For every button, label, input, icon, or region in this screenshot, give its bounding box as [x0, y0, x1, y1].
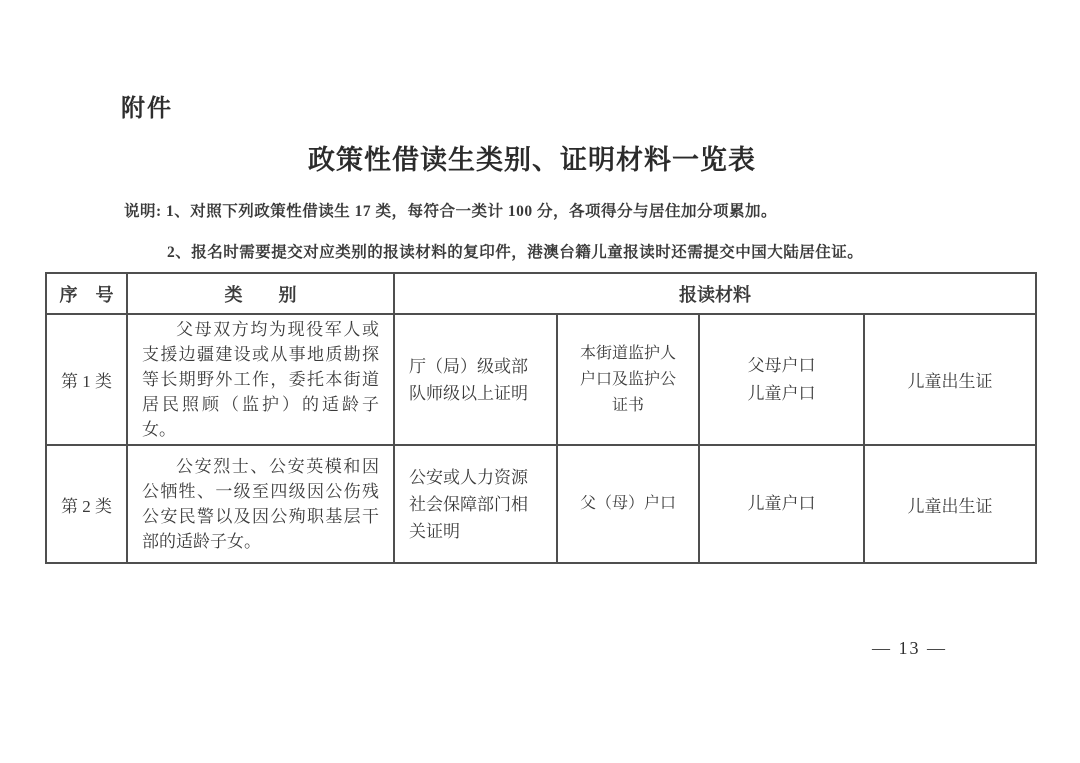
row2-material-4: 儿童出生证 [864, 445, 1036, 563]
row2-material-2: 父（母）户口 [557, 445, 699, 563]
table-header-row: 序 号 类 别 报读材料 [46, 273, 1036, 314]
attachment-label: 附件 [121, 88, 173, 123]
header-category: 类 别 [127, 273, 394, 314]
row1-material-1: 厅（局）级或部队师级以上证明 [394, 314, 557, 445]
note-2: 2、报名时需要提交对应类别的报读材料的复印件，港澳台籍儿童报读时还需提交中国大陆… [167, 240, 863, 262]
row2-material-1: 公安或人力资源社会保障部门相关证明 [394, 445, 557, 563]
row1-seq: 第 1 类 [46, 314, 127, 445]
page-number: — 13 — [872, 638, 947, 659]
row1-material-3: 父母户口 儿童户口 [699, 314, 864, 445]
row1-material-4: 儿童出生证 [864, 314, 1036, 445]
note-1: 说明: 1、对照下列政策性借读生 17 类，每符合一类计 100 分，各项得分与… [124, 199, 777, 221]
row1-category: 父母双方均为现役军人或支援边疆建设或从事地质勘探等长期野外工作，委托本街道居民照… [127, 314, 394, 445]
row2-seq: 第 2 类 [46, 445, 127, 563]
table-row: 第 2 类 公安烈士、公安英模和因公牺牲、一级至四级因公伤残公安民警以及因公殉职… [46, 445, 1036, 563]
row1-material-2: 本街道监护人户口及监护公证书 [557, 314, 699, 445]
page-title: 政策性借读生类别、证明材料一览表 [0, 138, 1064, 177]
row2-material-3: 儿童户口 [699, 445, 864, 563]
header-materials: 报读材料 [394, 273, 1036, 314]
row2-category: 公安烈士、公安英模和因公牺牲、一级至四级因公伤残公安民警以及因公殉职基层干部的适… [127, 445, 394, 563]
table-row: 第 1 类 父母双方均为现役军人或支援边疆建设或从事地质勘探等长期野外工作，委托… [46, 314, 1036, 445]
header-seq: 序 号 [46, 273, 127, 314]
materials-table: 序 号 类 别 报读材料 第 1 类 父母双方均为现役军人或支援边疆建设或从事地… [45, 272, 1037, 564]
document-page: 附件 政策性借读生类别、证明材料一览表 说明: 1、对照下列政策性借读生 17 … [0, 0, 1080, 763]
